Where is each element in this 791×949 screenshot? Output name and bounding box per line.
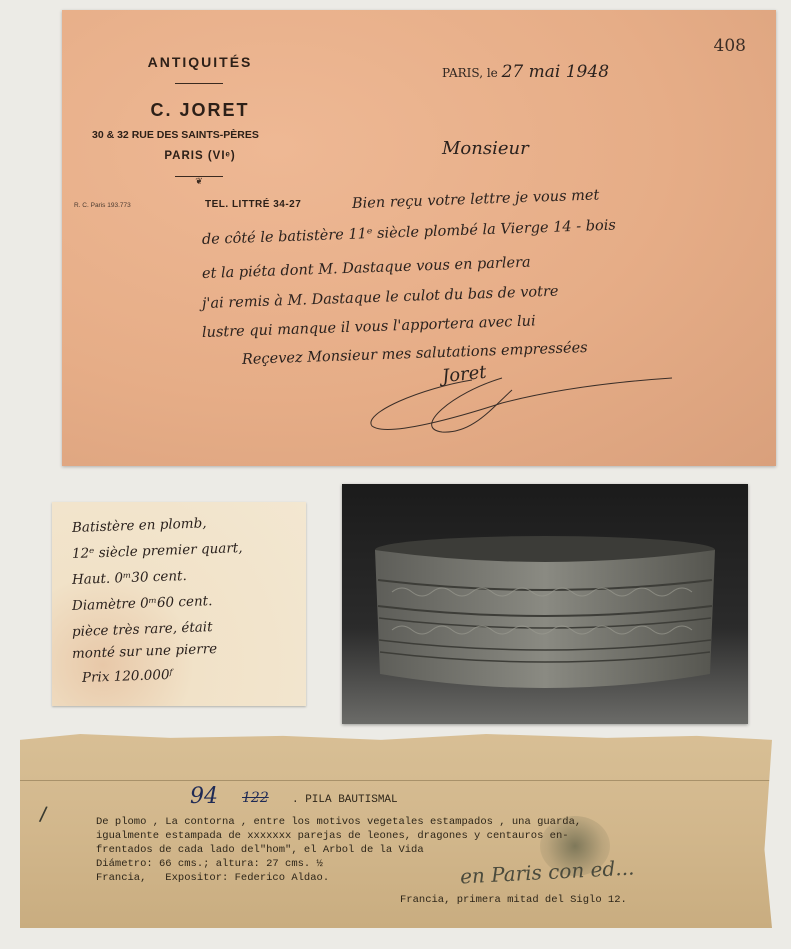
- date-prefix: PARIS, le: [442, 66, 498, 80]
- letter-date: PARIS, le 27 mai 1948: [442, 62, 609, 82]
- baptismal-font-icon: [372, 534, 718, 694]
- salutation: Monsieur: [442, 138, 529, 159]
- letterhead-heading: ANTIQUITÉS: [62, 54, 338, 70]
- handwritten-note: en Paris con ed...: [459, 855, 634, 888]
- letter-sheet: ANTIQUITÉS C. JORET 30 & 32 RUE DES SAIN…: [62, 10, 776, 466]
- pencil-mark-icon: /: [38, 802, 49, 829]
- tag-line: Prix 120.000ᶠ: [82, 667, 173, 686]
- body-line: lustre qui manque il vous l'apportera av…: [202, 313, 536, 341]
- tag-line: Batistère en plomb,: [72, 515, 207, 536]
- body-line: j'ai remis à M. Dastaque le culot du bas…: [202, 284, 559, 312]
- body-line: et la piéta dont M. Dastaque vous en par…: [202, 255, 531, 282]
- catalog-title: . PILA BAUTISMAL: [292, 794, 398, 806]
- typed-line: frentados de cada lado del"hom", el Arbo…: [96, 844, 424, 856]
- handwritten-tag-card: Batistère en plomb, 12ᵉ siècle premier q…: [52, 502, 306, 706]
- typed-line: De plomo , La contorna , entre los motiv…: [96, 816, 581, 828]
- tag-line: Haut. 0ᵐ30 cent.: [72, 568, 187, 588]
- body-line: de côté le batistère 11ᵉ siècle plombé l…: [202, 218, 616, 248]
- body-line: Reçevez Monsieur mes salutations empress…: [242, 340, 588, 368]
- catalog-label: / 94 122 . PILA BAUTISMAL De plomo , La …: [20, 732, 772, 928]
- typed-line: Francia, Expositor: Federico Aldao.: [96, 872, 329, 884]
- letterhead-address: 30 & 32 RUE DES SAINTS-PÈRES: [92, 129, 259, 141]
- body-line: Bien reçu votre lettre je vous met: [352, 187, 600, 212]
- typed-line: Diámetro: 66 cms.; altura: 27 cms. ½: [96, 858, 323, 870]
- struck-number: 122: [242, 790, 269, 806]
- catalog-footer: Francia, primera mitad del Siglo 12.: [400, 894, 627, 906]
- fold-line: [20, 780, 772, 781]
- signature-flourish-icon: [352, 368, 682, 438]
- letterhead-name: C. JORET: [62, 100, 338, 121]
- tag-line: monté sur une pierre: [72, 641, 218, 662]
- letterhead-telephone: TEL. LITTRÉ 34-27: [205, 199, 301, 210]
- letterhead-registry: R. C. Paris 193.773: [74, 202, 131, 209]
- tag-line: Diamètre 0ᵐ60 cent.: [72, 593, 213, 614]
- typed-line: igualmente estampada de xxxxxxx parejas …: [96, 830, 569, 842]
- letterhead-city: PARIS (VIᵉ): [62, 150, 338, 162]
- tag-line: 12ᵉ siècle premier quart,: [72, 540, 243, 562]
- letterhead-divider: [175, 83, 223, 84]
- date-handwritten: 27 mai 1948: [502, 62, 609, 82]
- document-number: 408: [714, 36, 746, 56]
- catalog-number: 94: [190, 784, 218, 809]
- tag-line: pièce très rare, était: [72, 619, 213, 640]
- ornament-icon: ❦: [175, 176, 223, 185]
- baptismal-font-photo: [342, 484, 748, 724]
